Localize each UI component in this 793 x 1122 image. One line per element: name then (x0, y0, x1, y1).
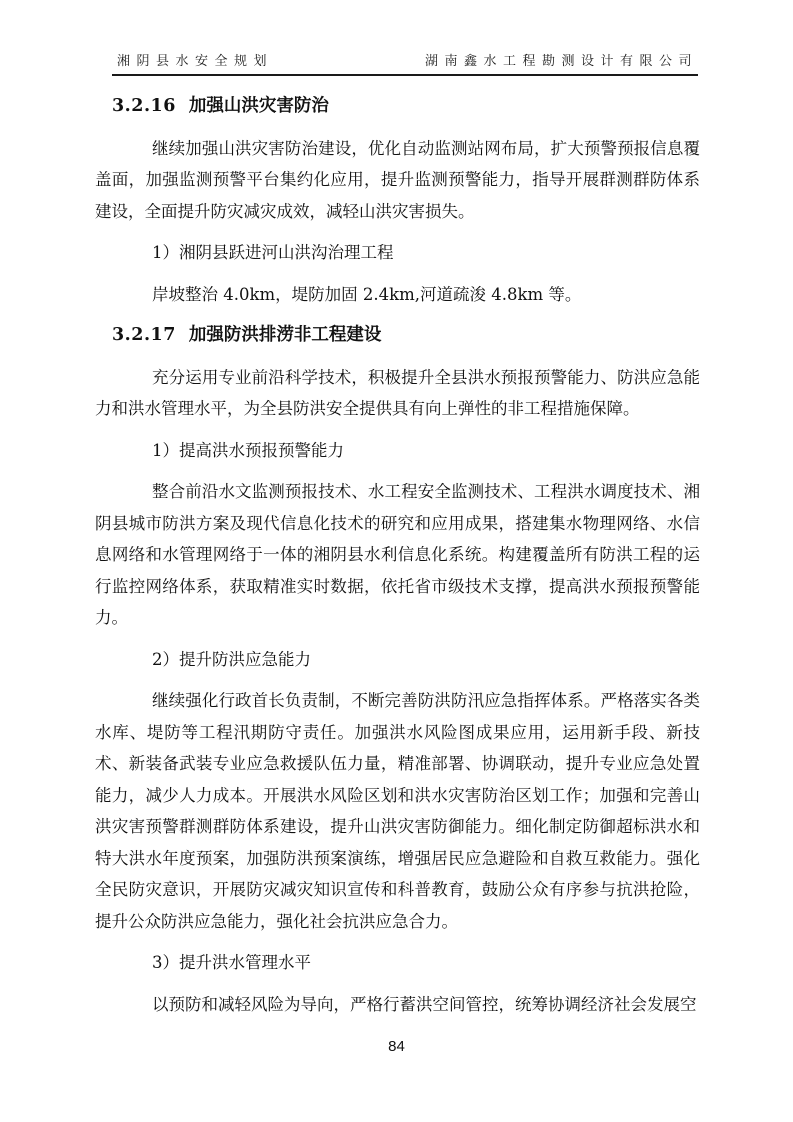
list-item-title: 1）提高洪水预报预警能力 (95, 435, 700, 467)
document-body: 3.2.16加强山洪灾害防治 继续加强山洪灾害防治建设，优化自动监测站网布局，扩… (95, 91, 700, 1030)
document-page: 湘阴县水安全规划 湖南鑫水工程勘测设计有限公司 3.2.16加强山洪灾害防治 继… (0, 0, 793, 1122)
paragraph: 以预防和减轻风险为导向，严格行蓄洪空间管控，统筹协调经济社会发展空 (95, 989, 700, 1021)
page-number: 84 (0, 1038, 793, 1055)
list-item-title: 3）提升洪水管理水平 (95, 947, 700, 979)
section-number: 3.2.16 (112, 96, 176, 116)
list-item-title: 1）湘阴县跃进河山洪沟治理工程 (95, 237, 700, 269)
list-item-detail: 岸坡整治 4.0km，堤防加固 2.4km,河道疏浚 4.8km 等。 (95, 279, 700, 311)
paragraph: 整合前沿水文监测预报技术、水工程安全监测技术、工程洪水调度技术、湘阴县城市防洪方… (95, 476, 700, 634)
section-heading-3-2-17: 3.2.17加强防洪排涝非工程建设 (112, 320, 700, 352)
page-header: 湘阴县水安全规划 湖南鑫水工程勘测设计有限公司 (112, 50, 698, 76)
section-number: 3.2.17 (112, 325, 176, 345)
section-heading-3-2-16: 3.2.16加强山洪灾害防治 (112, 91, 700, 123)
list-item-title: 2）提升防洪应急能力 (95, 644, 700, 676)
header-right-company: 湖南鑫水工程勘测设计有限公司 (425, 50, 698, 69)
paragraph: 充分运用专业前沿科学技术，积极提升全县洪水预报预警能力、防洪应急能力和洪水管理水… (95, 362, 700, 425)
header-left-title: 湘阴县水安全规划 (112, 50, 273, 69)
paragraph: 继续强化行政首长负责制，不断完善防洪防汛应急指挥体系。严格落实各类水库、堤防等工… (95, 685, 700, 937)
section-title: 加强防洪排涝非工程建设 (189, 325, 382, 345)
section-title: 加强山洪灾害防治 (189, 96, 329, 116)
paragraph: 继续加强山洪灾害防治建设，优化自动监测站网布局，扩大预警预报信息覆盖面，加强监测… (95, 133, 700, 228)
